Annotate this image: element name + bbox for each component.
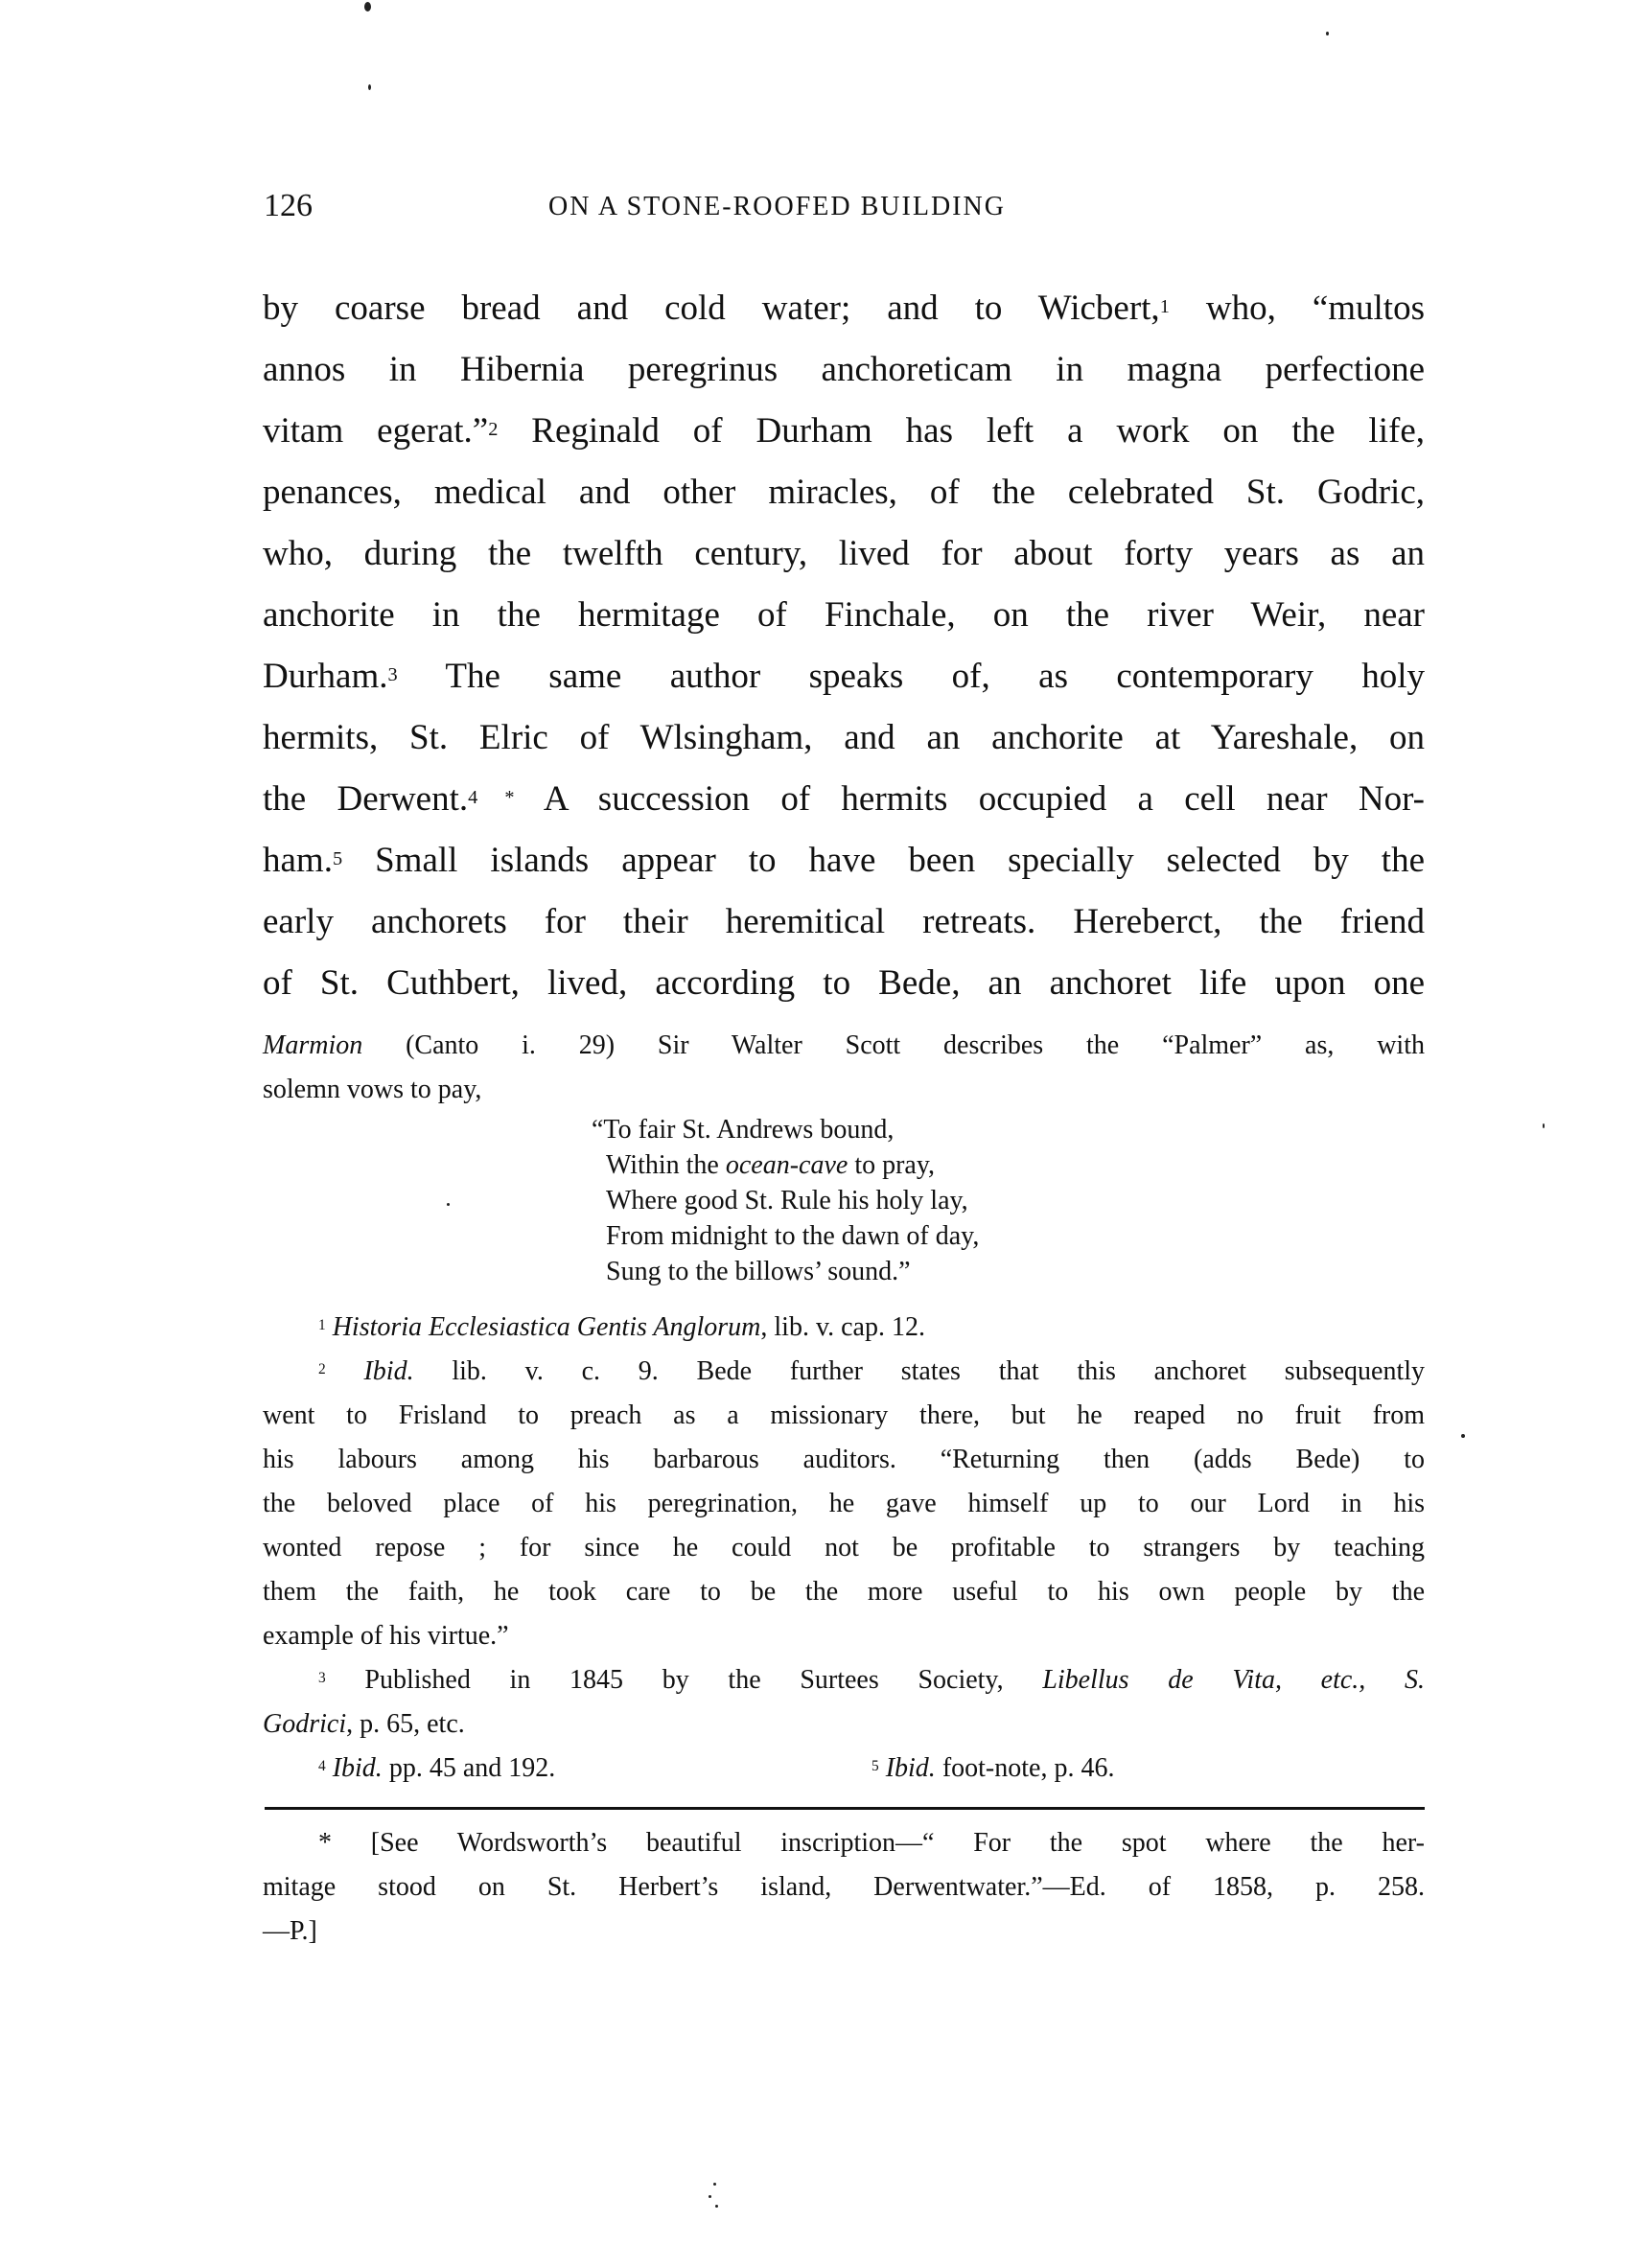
footnote-4-5: 4 Ibid. pp. 45 and 192.5 Ibid. foot-note… bbox=[263, 1747, 1425, 1791]
poem-line: “To fair St. Andrews bound, bbox=[263, 1112, 1425, 1147]
footnote-line: example of his virtue.” bbox=[263, 1614, 1425, 1658]
editor-note-line: mitage stood on St. Herbert’s island, De… bbox=[263, 1865, 1425, 1909]
body-line: penances, medical and other miracles, of… bbox=[263, 462, 1425, 523]
footnote-3: 3 Published in 1845 by the Surtees Socie… bbox=[263, 1658, 1425, 1702]
scan-speck bbox=[368, 84, 371, 90]
body-line: hermits, St. Elric of Wlsingham, and an … bbox=[263, 707, 1425, 769]
footnote-4: 4 Ibid. pp. 45 and 192. bbox=[318, 1747, 871, 1791]
poem-line: Sung to the billows’ sound.” bbox=[263, 1254, 1425, 1289]
body-line: vitam egerat.”2 Reginald of Durham has l… bbox=[263, 401, 1425, 462]
running-header: 126 ON A STONE-ROOFED BUILDING bbox=[264, 188, 1426, 226]
body-line: early anchorets for their heremitical re… bbox=[263, 891, 1425, 953]
footnote-line: them the faith, he took care to be the m… bbox=[263, 1570, 1425, 1614]
body-text: by coarse bread and cold water; and to W… bbox=[263, 278, 1425, 1014]
body-line: anchorite in the hermitage of Finchale, … bbox=[263, 585, 1425, 646]
footnote-ref[interactable]: 1 bbox=[1160, 296, 1170, 317]
footnote-ref[interactable]: 3 bbox=[388, 664, 398, 685]
body-line: Durham.3 The same author speaks of, as c… bbox=[263, 646, 1425, 707]
book-page: 126 ON A STONE-ROOFED BUILDING by coarse… bbox=[0, 0, 1650, 2268]
scan-speck bbox=[1543, 1123, 1545, 1128]
poem-line: Where good St. Rule his holy lay, bbox=[263, 1183, 1425, 1218]
editor-note: * [See Wordsworth’s beautiful inscriptio… bbox=[263, 1821, 1425, 1954]
page-number: 126 bbox=[264, 188, 313, 224]
footnote-line: Marmion (Canto i. 29) Sir Walter Scott d… bbox=[263, 1024, 1425, 1068]
footnote-2: 2 Ibid. lib. v. c. 9. Bede further state… bbox=[263, 1350, 1425, 1394]
editor-note-line: * [See Wordsworth’s beautiful inscriptio… bbox=[263, 1821, 1425, 1865]
scan-speck bbox=[1326, 32, 1329, 35]
footnote-divider bbox=[265, 1807, 1425, 1810]
footnote-ref[interactable]: 4 * bbox=[468, 787, 514, 808]
poem-line: From midnight to the dawn of day, bbox=[263, 1218, 1425, 1254]
editor-note-line: —P.] bbox=[263, 1909, 1425, 1954]
running-title: ON A STONE-ROOFED BUILDING bbox=[548, 192, 1006, 222]
scan-speck bbox=[709, 2195, 711, 2198]
scan-speck bbox=[713, 2183, 716, 2186]
footnote-line: wonted repose ; for since he could not b… bbox=[263, 1526, 1425, 1570]
body-line: who, during the twelfth century, lived f… bbox=[263, 523, 1425, 585]
footnote-ref[interactable]: 5 bbox=[333, 848, 342, 869]
footnote-line: went to Frisland to preach as a missiona… bbox=[263, 1394, 1425, 1438]
footnote-line: his labours among his barbarous auditors… bbox=[263, 1438, 1425, 1482]
poem-line: Within the ocean-cave to pray, bbox=[263, 1147, 1425, 1183]
footnote-line: solemn vows to pay, bbox=[263, 1068, 1425, 1112]
footnotes: 1 Historia Ecclesiastica Gentis Anglorum… bbox=[263, 1306, 1425, 1791]
footnote-ref[interactable]: 2 bbox=[488, 419, 498, 440]
scan-speck bbox=[364, 2, 371, 12]
body-line: the Derwent.4 * A succession of hermits … bbox=[263, 769, 1425, 830]
footnote-line: the beloved place of his peregrination, … bbox=[263, 1482, 1425, 1526]
body-line: ham.5 Small islands appear to have been … bbox=[263, 830, 1425, 891]
footnote-continuation: Marmion (Canto i. 29) Sir Walter Scott d… bbox=[263, 1024, 1425, 1289]
scan-speck bbox=[1461, 1434, 1465, 1438]
poem-quote: “To fair St. Andrews bound, Within the o… bbox=[263, 1112, 1425, 1289]
scan-speck bbox=[715, 2205, 718, 2208]
footnote-line: Godrici, p. 65, etc. bbox=[263, 1702, 1425, 1747]
footnote-1: 1 Historia Ecclesiastica Gentis Anglorum… bbox=[263, 1306, 1425, 1350]
footnote-5: 5 Ibid. foot-note, p. 46. bbox=[871, 1753, 1114, 1783]
body-line: of St. Cuthbert, lived, according to Bed… bbox=[263, 953, 1425, 1014]
body-line: by coarse bread and cold water; and to W… bbox=[263, 278, 1425, 339]
body-line: annos in Hibernia peregrinus anchoretica… bbox=[263, 339, 1425, 401]
